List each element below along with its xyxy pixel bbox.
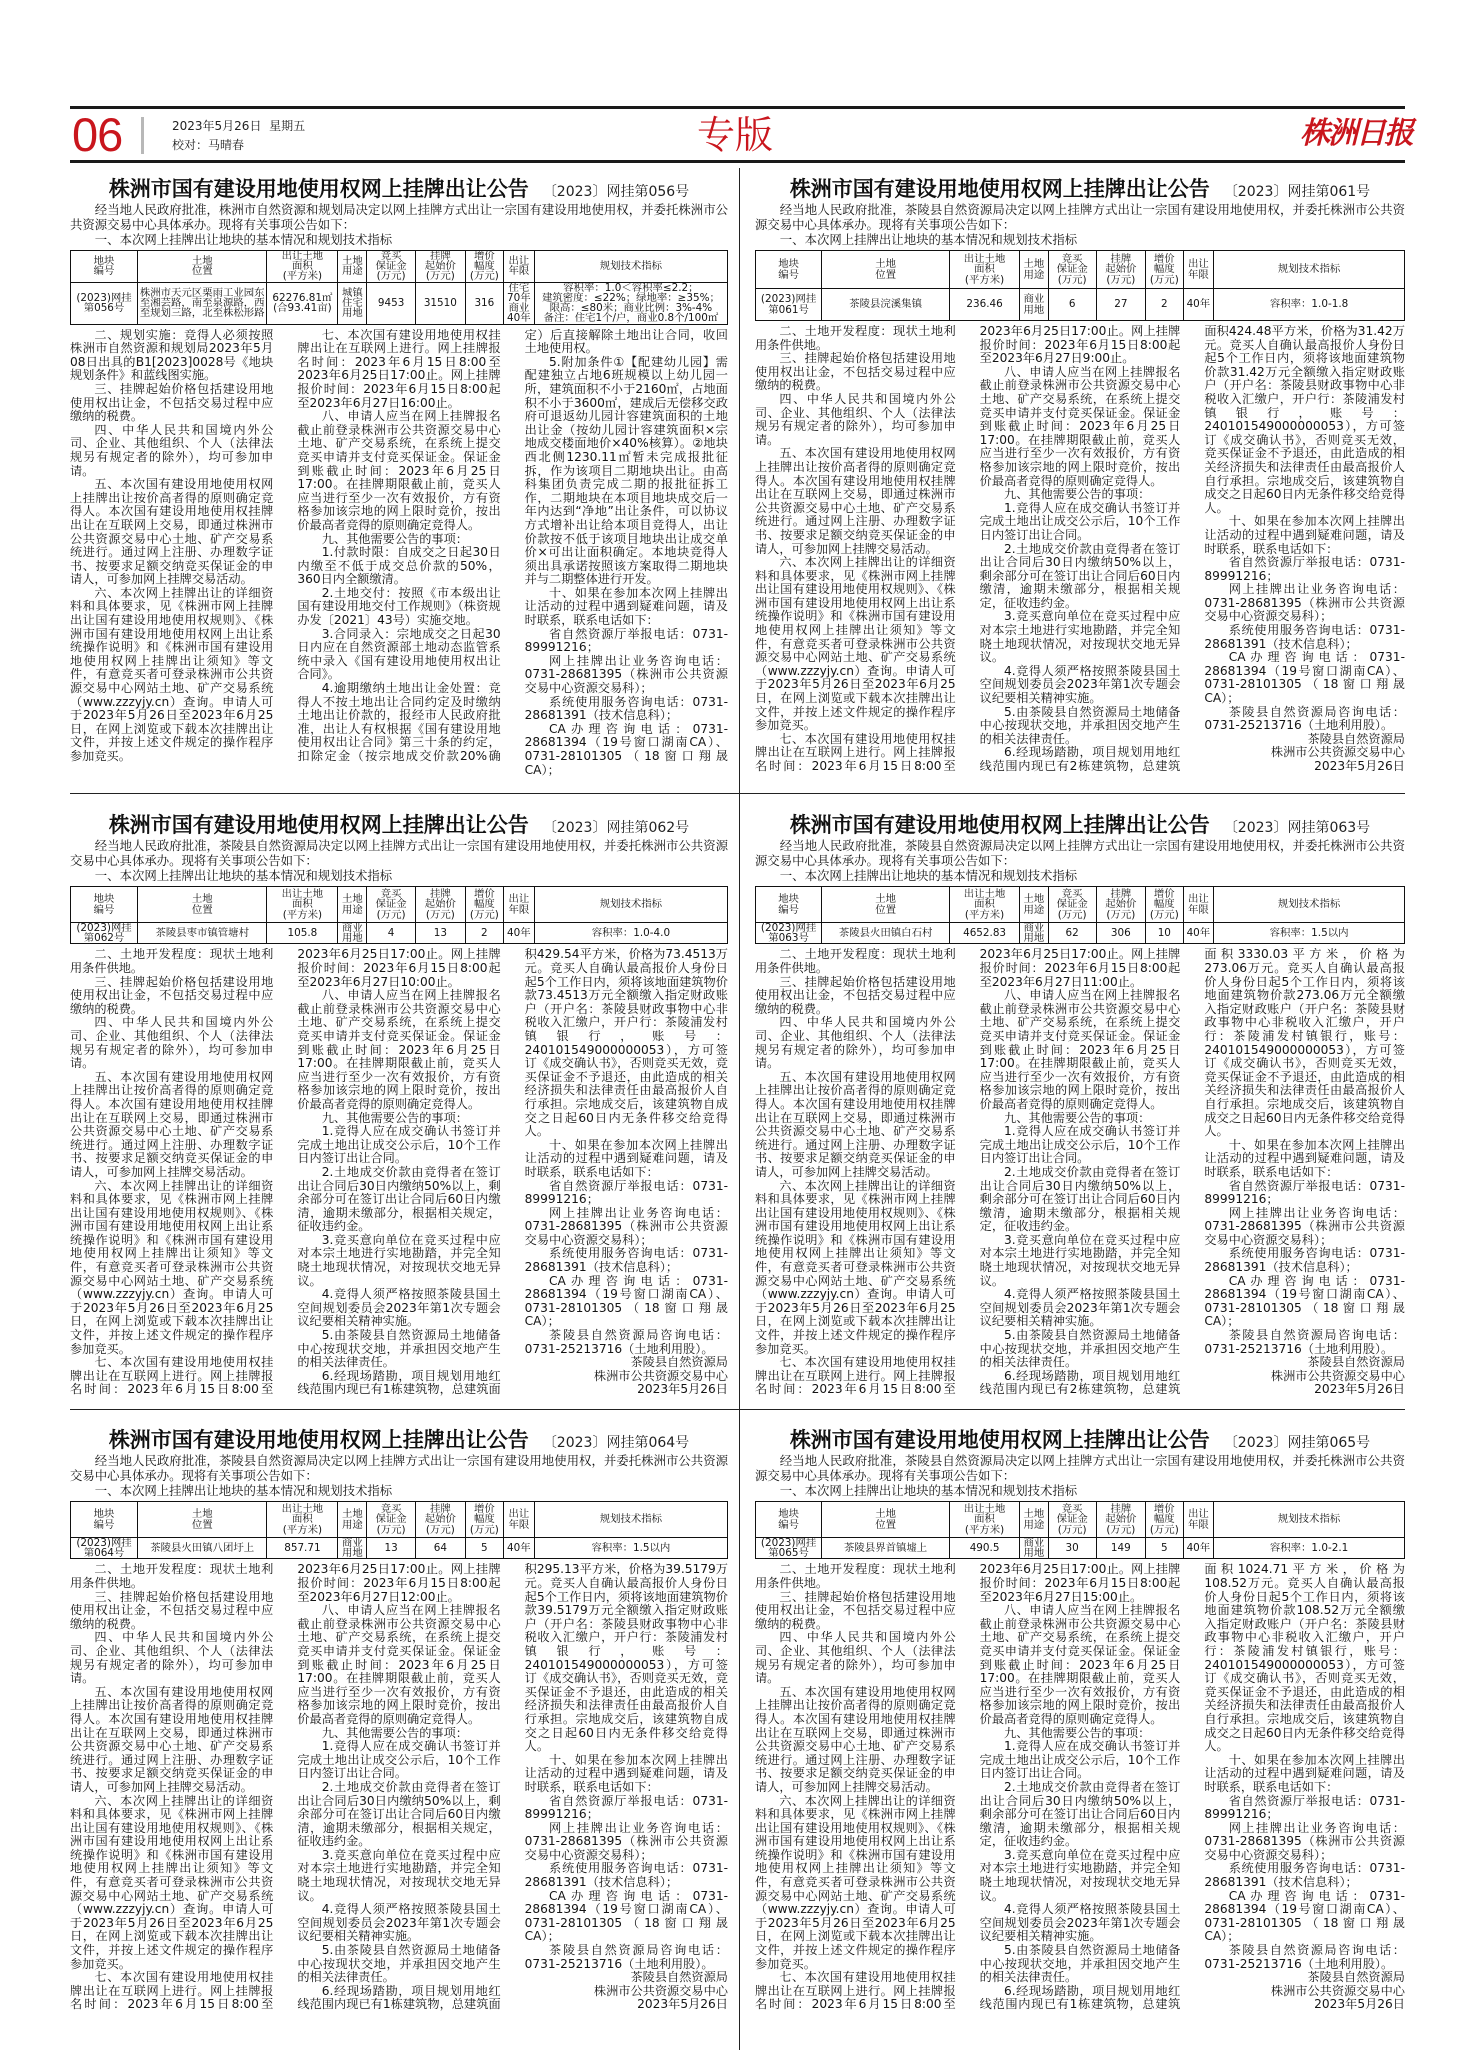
section-heading: 一、本次网上挂牌出让地块的基本情况和规划技术指标 (755, 232, 1405, 247)
body-paragraph: 四、中华人民共和国境内外公司、企业、其他组织、个人（法律法规另有规定者的除外），… (70, 1016, 273, 1070)
table-cell: (2023)网挂 第062号 (71, 923, 138, 944)
column-header: 出让 年限 (1183, 887, 1214, 923)
body-paragraph: 五、本次国有建设用地使用权网上挂牌出让按价高者得的原则确定竞得人。本次国有建设用… (755, 1686, 956, 1795)
table-cell: 490.5 (950, 1538, 1020, 1559)
table-cell: 城镇 住宅 用地 (338, 282, 367, 324)
body-paragraph: 3.竞买意向单位在竞买过程中应对本宗土地进行实地勘踏，并完全知晓土地现状情况，对… (297, 1234, 500, 1288)
section-heading: 一、本次网上挂牌出让地块的基本情况和规划技术指标 (70, 868, 728, 883)
table-cell: 62276.81㎡ (合93.41亩) (267, 282, 338, 324)
notice-number: 〔2023〕网挂第063号 (1224, 820, 1370, 836)
table-header-row: 地块 编号土地 位置出让土地 面积 (平方米)土地 用途竞买 保证金 (万元)挂… (756, 251, 1405, 289)
notice-title-row: 株洲市国有建设用地使用权网上挂牌出让公告〔2023〕网挂第062号 (70, 812, 728, 838)
body-paragraph: 八、申请人应当在网上挂牌报名截止前登录株洲市公共资源交易中心土地、矿产交易系统，… (297, 410, 500, 532)
column-header: 地块 编号 (756, 251, 822, 289)
page-number: 06 (72, 111, 122, 159)
signature-line: 2023年5月26日 (1204, 760, 1405, 774)
signature-line: 2023年5月26日 (525, 1998, 728, 2012)
body-paragraph: 1.竞得人应在成交确认书签订并完成土地出让成交公示后，10个工作日内签订出让合同… (980, 502, 1181, 543)
body-paragraph: 十、如果在参加本次网上挂牌出让活动的过程中遇到疑难问题，请及时联系，联系电话如下… (525, 1139, 728, 1180)
column-header: 竞买 保证金 (万元) (367, 887, 416, 923)
land-parcel-table: 地块 编号土地 位置出让土地 面积 (平方米)土地 用途竞买 保证金 (万元)挂… (755, 1501, 1405, 1559)
body-paragraph: CA办理咨询电话：0731-28681394（19号窗口湖南CA）、0731-2… (1204, 1275, 1405, 1329)
column-header: 地块 编号 (71, 251, 138, 283)
body-paragraph: 三、挂牌起始价格包括建设用地使用权出让金，不包括交易过程中应缴纳的税费。 (70, 1591, 273, 1632)
table-row: (2023)网挂 第062号茶陵县枣市镇管塘村105.8商业 用地413240年… (71, 923, 728, 944)
body-paragraph: 4.竞得人须严格按照茶陵县国土空间规划委员会2023年第1次专题会议纪要相关精神… (297, 1903, 500, 1944)
body-paragraph: 系统使用服务咨询电话：0731-28681391（技术信息科）； (1204, 624, 1405, 651)
notice-title-row: 株洲市国有建设用地使用权网上挂牌出让公告〔2023〕网挂第064号 (70, 1427, 728, 1453)
column-header: 增价 幅度 (万元) (465, 1502, 503, 1538)
table-cell: 容积率：1.0-4.0 (534, 923, 727, 944)
body-paragraph: 五、本次国有建设用地使用权网上挂牌出让按价高者得的原则确定竞得人。本次国有建设用… (755, 1071, 956, 1180)
body-paragraph: 八、申请人应当在网上挂牌报名截止前登录株洲市公共资源交易中心土地、矿产交易系统，… (297, 989, 500, 1111)
body-paragraph: 4.竞得人须严格按照茶陵县国土空间规划委员会2023年第1次专题会议纪要相关精神… (980, 665, 1181, 706)
notice-intro: 经当地人民政府批准，茶陵县自然资源局决定以网上挂牌方式出让一宗国有建设用地使用权… (755, 1453, 1405, 1483)
table-cell: 13 (415, 923, 465, 944)
table-cell: 40年 (1183, 289, 1214, 321)
body-paragraph: 5.附加条件①【配建幼儿园】需配建独立占地6班规模以上幼儿园一所，建筑面积不小于… (525, 356, 728, 587)
body-paragraph: 4.竞得人须严格按照茶陵县国土空间规划委员会2023年第1次专题会议纪要相关精神… (980, 1288, 1181, 1329)
table-cell: 容积率：1.5以内 (1214, 923, 1405, 944)
column-header: 土地 位置 (822, 251, 950, 289)
body-paragraph: CA办理咨询电话：0731-28681394（19号窗口湖南CA）、0731-2… (525, 1890, 728, 1944)
notice-056: 株洲市国有建设用地使用权网上挂牌出让公告〔2023〕网挂第056号经当地人民政府… (70, 176, 728, 783)
table-cell: 236.46 (950, 289, 1020, 321)
body-paragraph: 六、本次网上挂牌出让的详细资料和具体要求，见《株洲市网上挂牌出让国有建设用地使用… (70, 1180, 273, 1357)
body-paragraph: 2.土地成交价款由竞得者在签订出让合同后30日内缴纳50%以上，剩余部分可在签订… (297, 1781, 500, 1849)
table-cell: 茶陵县浣溪集镇 (822, 289, 950, 321)
column-header: 土地 用途 (1020, 887, 1049, 923)
column-header: 竞买 保证金 (万元) (1048, 887, 1096, 923)
table-cell: 商业 用地 (1020, 1538, 1049, 1559)
signature-line: 茶陵县自然资源局 (1204, 1356, 1405, 1370)
body-paragraph: 5.由茶陵县自然资源局土地储备中心按现状交地，并承担因交地产生的相关法律责任。 (980, 1944, 1181, 1985)
body-paragraph: 系统使用服务咨询电话：0731-28681391（技术信息科）； (1204, 1247, 1405, 1274)
body-paragraph: 三、挂牌起始价格包括建设用地使用权出让金，不包括交易过程中应缴纳的税费。 (755, 1591, 956, 1632)
body-paragraph: 八、申请人应当在网上挂牌报名截止前登录株洲市公共资源交易中心土地、矿产交易系统，… (297, 1604, 500, 1726)
body-paragraph: 1.付款时限：自成交之日起30日内缴至不低于成交总价款的50%，360日内全额缴… (297, 546, 500, 587)
body-paragraph: 十、如果在参加本次网上挂牌出让活动的过程中遇到疑难问题，请及时联系，联系电话如下… (1204, 515, 1405, 556)
column-header: 出让土地 面积 (平方米) (950, 1502, 1020, 1538)
column-header: 竞买 保证金 (万元) (367, 1502, 416, 1538)
table-cell: 10 (1145, 923, 1183, 944)
column-header: 出让土地 面积 (平方米) (950, 251, 1020, 289)
column-header: 竞买 保证金 (万元) (367, 251, 416, 283)
body-paragraph: 5.由茶陵县自然资源局土地储备中心按现状交地，并承担因交地产生的相关法律责任。 (297, 1329, 500, 1370)
body-paragraph: 省自然资源厅举报电话：0731-89991216； (525, 1795, 728, 1822)
column-header: 增价 幅度 (万元) (1145, 251, 1183, 289)
body-paragraph: 四、中华人民共和国境内外公司、企业、其他组织、个人（法律法规另有规定者的除外），… (755, 1631, 956, 1685)
table-cell: 13 (367, 1538, 416, 1559)
body-paragraph: 2.土地成交价款由竞得者在签订出让合同后30日内缴纳50%以上，剩余部分可在签订… (980, 1781, 1181, 1849)
body-paragraph: 五、本次国有建设用地使用权网上挂牌出让按价高者得的原则确定竞得人。本次国有建设用… (70, 1071, 273, 1180)
column-header: 规划技术指标 (534, 1502, 727, 1538)
notice-title: 株洲市国有建设用地使用权网上挂牌出让公告 (790, 177, 1210, 201)
column-header: 挂牌 起始价 (万元) (1096, 251, 1145, 289)
body-paragraph: 四、中华人民共和国境内外公司、企业、其他组织、个人（法律法规另有规定者的除外），… (755, 393, 956, 447)
signature-line: 株洲市公共资源交易中心 (1204, 746, 1405, 760)
body-paragraph: CA办理咨询电话：0731-28681394（19号窗口湖南CA）、0731-2… (1204, 651, 1405, 705)
body-paragraph: 三、挂牌起始价格包括建设用地使用权出让金，不包括交易过程中应缴纳的税费。 (755, 352, 956, 393)
table-row: (2023)网挂 第064号茶陵县火田镇八团圩上857.71商业 用地13645… (71, 1538, 728, 1559)
notice-title: 株洲市国有建设用地使用权网上挂牌出让公告 (109, 177, 529, 201)
issue-date: 2023年5月26日 星期五 (172, 117, 305, 136)
notice-body: 二、规划实施：竞得人必须按照株洲市自然资源和规划局2023年5月08日出具的B1… (70, 329, 728, 783)
column-header: 规划技术指标 (1214, 251, 1405, 289)
body-paragraph: 十、如果在参加本次网上挂牌出让活动的过程中遇到疑难问题，请及时联系，联系电话如下… (525, 1754, 728, 1795)
table-cell: 住宅 70年 商业 40年 (503, 282, 534, 324)
column-header: 出让土地 面积 (平方米) (950, 887, 1020, 923)
body-paragraph: 六、本次网上挂牌出让的详细资料和具体要求，见《株洲市网上挂牌出让国有建设用地使用… (755, 556, 956, 733)
column-header: 增价 幅度 (万元) (1145, 887, 1183, 923)
table-cell: 5 (1145, 1538, 1183, 1559)
column-header: 规划技术指标 (534, 251, 727, 283)
signature-line: 茶陵县自然资源局 (525, 1356, 728, 1370)
body-paragraph: 网上挂牌出让业务咨询电话：0731-28681395（株洲市公共资源交易中心资源… (1204, 1207, 1405, 1248)
body-paragraph: 九、其他需要公告的事项： (980, 488, 1181, 502)
table-cell: 64 (415, 1538, 465, 1559)
body-paragraph: 六、本次网上挂牌出让的详细资料和具体要求，见《株洲市网上挂牌出让国有建设用地使用… (70, 1795, 273, 1972)
newspaper-masthead-logo: 株洲日报 (1300, 114, 1412, 154)
body-paragraph: 八、申请人应当在网上挂牌报名截止前登录株洲市公共资源交易中心土地、矿产交易系统，… (980, 1604, 1181, 1726)
signature-line: 2023年5月26日 (1204, 1998, 1405, 2012)
notice-title: 株洲市国有建设用地使用权网上挂牌出让公告 (109, 1428, 529, 1452)
table-row: (2023)网挂 第061号茶陵县浣溪集镇236.46商业 用地627240年容… (756, 289, 1405, 321)
notice-number: 〔2023〕网挂第062号 (543, 820, 689, 836)
table-header-row: 地块 编号土地 位置出让土地 面积 (平方米)土地 用途竞买 保证金 (万元)挂… (71, 887, 728, 923)
body-paragraph: 省自然资源厅举报电话：0731-89991216； (1204, 556, 1405, 583)
header-divider (141, 117, 144, 154)
section-title: 专版 (697, 112, 773, 158)
notice-intro: 经当地人民政府批准，茶陵县自然资源局决定以网上挂牌方式出让一宗国有建设用地使用权… (70, 838, 728, 868)
table-cell: 2 (465, 923, 503, 944)
body-paragraph: 省自然资源厅举报电话：0731-89991216； (1204, 1180, 1405, 1207)
body-paragraph: 茶陵县自然资源局咨询电话：0731-25213716（土地利用股）。 (1204, 1944, 1405, 1971)
signature-line: 茶陵县自然资源局 (525, 1971, 728, 1985)
table-cell: 容积率：1.0-1.8 (1214, 289, 1405, 321)
body-paragraph: 省自然资源厅举报电话：0731-89991216； (525, 1180, 728, 1207)
body-paragraph: 二、土地开发程度：现状土地利用条件供地。 (755, 948, 956, 975)
table-cell: 2 (1145, 289, 1183, 321)
signature-line: 茶陵县自然资源局 (1204, 1971, 1405, 1985)
table-cell: 茶陵县枣市镇管塘村 (138, 923, 267, 944)
notice-number: 〔2023〕网挂第065号 (1224, 1435, 1370, 1451)
column-divider (739, 168, 740, 2050)
body-paragraph: 茶陵县自然资源局咨询电话：0731-25213716（土地利用股）。 (525, 1944, 728, 1971)
column-header: 土地 用途 (1020, 251, 1049, 289)
column-header: 增价 幅度 (万元) (465, 887, 503, 923)
column-header: 土地 位置 (138, 1502, 267, 1538)
column-header: 挂牌 起始价 (万元) (1096, 887, 1145, 923)
table-cell: 容积率：1.0＜容积率≤2.2； 建筑密度：≤22%；绿地率：≥35%； 限高：… (534, 282, 727, 324)
table-cell: 31510 (415, 282, 465, 324)
notice-title: 株洲市国有建设用地使用权网上挂牌出让公告 (790, 1428, 1210, 1452)
body-paragraph: 2.土地成交价款由竞得者在签订出让合同后30日内缴纳50%以上，剩余部分可在签订… (980, 1166, 1181, 1234)
body-paragraph: 系统使用服务咨询电话：0731-28681391（技术信息科）； (1204, 1862, 1405, 1889)
column-header: 挂牌 起始价 (万元) (1096, 1502, 1145, 1538)
section-heading: 一、本次网上挂牌出让地块的基本情况和规划技术指标 (755, 1483, 1405, 1498)
column-header: 出让 年限 (1183, 1502, 1214, 1538)
table-cell: 4 (367, 923, 416, 944)
table-cell: 105.8 (267, 923, 338, 944)
notice-063: 株洲市国有建设用地使用权网上挂牌出让公告〔2023〕网挂第063号经当地人民政府… (755, 812, 1405, 1400)
body-paragraph: 2.土地成交价款由竞得者在签订出让合同后30日内缴纳50%以上，剩余部分可在签订… (980, 543, 1181, 611)
column-header: 土地 位置 (822, 887, 950, 923)
column-header: 规划技术指标 (1214, 1502, 1405, 1538)
proofreader: 校对：马晴春 (172, 136, 305, 155)
table-cell: 306 (1096, 923, 1145, 944)
body-paragraph: 茶陵县自然资源局咨询电话：0731-25213716（土地利用股）。 (1204, 1329, 1405, 1356)
column-header: 出让土地 面积 (平方米) (267, 887, 338, 923)
table-cell: 商业 用地 (1020, 923, 1049, 944)
notice-061: 株洲市国有建设用地使用权网上挂牌出让公告〔2023〕网挂第061号经当地人民政府… (755, 176, 1405, 781)
body-paragraph: 三、挂牌起始价格包括建设用地使用权出让金，不包括交易过程中应缴纳的税费。 (70, 976, 273, 1017)
notice-title: 株洲市国有建设用地使用权网上挂牌出让公告 (109, 813, 529, 837)
notice-body: 二、土地开发程度：现状土地利用条件供地。三、挂牌起始价格包括建设用地使用权出让金… (70, 948, 728, 1400)
body-paragraph: 2.土地交付：按照《市本级出让国有建设用地交付工作规则》（株资规办发〔2021〕… (297, 587, 500, 628)
table-cell: 5 (465, 1538, 503, 1559)
body-paragraph: 二、土地开发程度：现状土地利用条件供地。 (70, 948, 273, 975)
table-cell: 40年 (503, 923, 534, 944)
body-paragraph: 七、本次国有建设用地使用权挂牌出让在互联网上进行。网上挂牌报名时间：2023年6… (297, 329, 500, 411)
column-header: 土地 位置 (138, 251, 267, 283)
body-paragraph: 3.合同录入：宗地成交之日起30日内应在自然资源部土地动态监管系统中录入《国有建… (297, 628, 500, 682)
body-paragraph: 五、本次国有建设用地使用权网上挂牌出让按价高者得的原则确定竞得人。本次国有建设用… (70, 1686, 273, 1795)
table-cell: 27 (1096, 289, 1145, 321)
notice-number: 〔2023〕网挂第056号 (543, 184, 689, 200)
table-header-row: 地块 编号土地 位置出让土地 面积 (平方米)土地 用途竞买 保证金 (万元)挂… (756, 1502, 1405, 1538)
column-header: 出让 年限 (503, 887, 534, 923)
column-header: 挂牌 起始价 (万元) (415, 887, 465, 923)
body-paragraph: 系统使用服务咨询电话：0731-28681391（技术信息科）； (525, 696, 728, 723)
body-paragraph: CA办理咨询电话：0731-28681394（19号窗口湖南CA）、0731-2… (525, 723, 728, 777)
column-header: 增价 幅度 (万元) (465, 251, 503, 283)
table-cell: 149 (1096, 1538, 1145, 1559)
table-cell: (2023)网挂 第061号 (756, 289, 822, 321)
table-cell: 4652.83 (950, 923, 1020, 944)
header-top-rule (70, 106, 1405, 109)
body-paragraph: 二、土地开发程度：现状土地利用条件供地。 (755, 325, 956, 352)
column-header: 挂牌 起始价 (万元) (415, 1502, 465, 1538)
table-row: (2023)网挂 第063号茶陵县火田镇白石村4652.83商业 用地62306… (756, 923, 1405, 944)
column-header: 地块 编号 (756, 887, 822, 923)
table-cell: 商业 用地 (1020, 289, 1049, 321)
body-paragraph: CA办理咨询电话：0731-28681394（19号窗口湖南CA）、0731-2… (525, 1275, 728, 1329)
row-divider-1 (70, 793, 1405, 794)
body-paragraph: 4.竞得人须严格按照茶陵县国土空间规划委员会2023年第1次专题会议纪要相关精神… (980, 1903, 1181, 1944)
land-parcel-table: 地块 编号土地 位置出让土地 面积 (平方米)土地 用途竞买 保证金 (万元)挂… (70, 250, 728, 325)
notice-number: 〔2023〕网挂第061号 (1224, 184, 1370, 200)
body-paragraph: 茶陵县自然资源局咨询电话：0731-25213716（土地利用股）。 (1204, 706, 1405, 733)
table-cell: 商业 用地 (338, 1538, 367, 1559)
column-header: 地块 编号 (756, 1502, 822, 1538)
notice-intro: 经当地人民政府批准，茶陵县自然资源局决定以网上挂牌方式出让一宗国有建设用地使用权… (755, 838, 1405, 868)
notice-number: 〔2023〕网挂第064号 (543, 1435, 689, 1451)
table-row: (2023)网挂 第056号株洲市天元区栗雨工业园东至湘芸路，南至泉源路，西至规… (71, 282, 728, 324)
notice-body: 二、土地开发程度：现状土地利用条件供地。三、挂牌起始价格包括建设用地使用权出让金… (755, 325, 1405, 781)
column-header: 地块 编号 (71, 887, 138, 923)
body-paragraph: 网上挂牌出让业务咨询电话：0731-28681395（株洲市公共资源交易中心资源… (525, 1822, 728, 1863)
table-cell: 9453 (367, 282, 416, 324)
column-header: 规划技术指标 (534, 887, 727, 923)
notice-body: 二、土地开发程度：现状土地利用条件供地。三、挂牌起始价格包括建设用地使用权出让金… (755, 1563, 1405, 2045)
table-header-row: 地块 编号土地 位置出让土地 面积 (平方米)土地 用途竞买 保证金 (万元)挂… (756, 887, 1405, 923)
column-header: 出让 年限 (503, 251, 534, 283)
notice-intro: 经当地人民政府批准，茶陵县自然资源局决定以网上挂牌方式出让一宗国有建设用地使用权… (70, 1453, 728, 1483)
header-info: 2023年5月26日 星期五 校对：马晴春 (172, 117, 305, 155)
body-paragraph: 四、中华人民共和国境内外公司、企业、其他组织、个人（法律法规另有规定者的除外），… (70, 424, 273, 478)
body-paragraph: 3.竞买意向单位在竞买过程中应对本宗土地进行实地勘踏，并完全知晓土地现状情况，对… (980, 1234, 1181, 1288)
body-paragraph: 十、如果在参加本次网上挂牌出让活动的过程中遇到疑难问题，请及时联系，联系电话如下… (1204, 1139, 1405, 1180)
body-paragraph: 八、申请人应当在网上挂牌报名截止前登录株洲市公共资源交易中心土地、矿产交易系统，… (980, 989, 1181, 1111)
column-header: 出让 年限 (503, 1502, 534, 1538)
column-header: 增价 幅度 (万元) (1145, 1502, 1183, 1538)
body-paragraph: 3.竞买意向单位在竞买过程中应对本宗土地进行实地勘踏，并完全知晓土地现状情况，对… (297, 1849, 500, 1903)
body-paragraph: 四、中华人民共和国境内外公司、企业、其他组织、个人（法律法规另有规定者的除外），… (70, 1631, 273, 1685)
body-paragraph: 1.竞得人应在成交确认书签订并完成土地出让成交公示后，10个工作日内签订出让合同… (980, 1125, 1181, 1166)
body-paragraph: 二、土地开发程度：现状土地利用条件供地。 (70, 1563, 273, 1590)
section-heading: 一、本次网上挂牌出让地块的基本情况和规划技术指标 (755, 868, 1405, 883)
land-parcel-table: 地块 编号土地 位置出让土地 面积 (平方米)土地 用途竞买 保证金 (万元)挂… (755, 250, 1405, 321)
notice-title-row: 株洲市国有建设用地使用权网上挂牌出让公告〔2023〕网挂第061号 (755, 176, 1405, 202)
column-header: 土地 用途 (338, 887, 367, 923)
body-paragraph: 4.竞得人须严格按照茶陵县国土空间规划委员会2023年第1次专题会议纪要相关精神… (297, 1288, 500, 1329)
body-paragraph: CA办理咨询电话：0731-28681394（19号窗口湖南CA）、0731-2… (1204, 1890, 1405, 1944)
table-cell: 茶陵县界首镇墟上 (822, 1538, 950, 1559)
body-paragraph: 2.土地成交价款由竞得者在签订出让合同后30日内缴纳50%以上，剩余部分可在签订… (297, 1166, 500, 1234)
table-cell: 6 (1048, 289, 1096, 321)
body-paragraph: 5.由茶陵县自然资源局土地储备中心按现状交地，并承担因交地产生的相关法律责任。 (980, 706, 1181, 747)
body-paragraph: 3.竞买意向单位在竞买过程中应对本宗土地进行实地勘踏，并完全知晓土地现状情况，对… (980, 1849, 1181, 1903)
notice-title: 株洲市国有建设用地使用权网上挂牌出让公告 (790, 813, 1210, 837)
column-header: 挂牌 起始价 (万元) (415, 251, 465, 283)
body-paragraph: 十、如果在参加本次网上挂牌出让活动的过程中遇到疑难问题，请及时联系，联系电话如下… (525, 587, 728, 628)
table-cell: 茶陵县火田镇白石村 (822, 923, 950, 944)
body-paragraph: 五、本次国有建设用地使用权网上挂牌出让按价高者得的原则确定竞得人。本次国有建设用… (755, 447, 956, 556)
notice-064: 株洲市国有建设用地使用权网上挂牌出让公告〔2023〕网挂第064号经当地人民政府… (70, 1427, 728, 2045)
body-paragraph: 二、规划实施：竞得人必须按照株洲市自然资源和规划局2023年5月08日出具的B1… (70, 329, 273, 383)
land-parcel-table: 地块 编号土地 位置出让土地 面积 (平方米)土地 用途竞买 保证金 (万元)挂… (70, 886, 728, 944)
body-paragraph: 网上挂牌出让业务咨询电话：0731-28681395（株洲市公共资源交易中心资源… (1204, 1822, 1405, 1863)
header-bottom-rule (70, 160, 1405, 163)
body-paragraph: 系统使用服务咨询电话：0731-28681391（技术信息科）； (525, 1247, 728, 1274)
body-paragraph: 1.竞得人应在成交确认书签订并完成土地出让成交公示后，10个工作日内签订出让合同… (297, 1125, 500, 1166)
column-header: 土地 用途 (338, 1502, 367, 1538)
body-paragraph: 三、挂牌起始价格包括建设用地使用权出让金，不包括交易过程中应缴纳的税费。 (70, 383, 273, 424)
table-cell: 株洲市天元区栗雨工业园东至湘芸路，南至泉源路，西至规划三路，北至株松形路 (138, 282, 267, 324)
table-cell: 容积率：1.5以内 (534, 1538, 727, 1559)
notice-body: 二、土地开发程度：现状土地利用条件供地。三、挂牌起始价格包括建设用地使用权出让金… (755, 948, 1405, 1400)
body-paragraph: 六、本次网上挂牌出让的详细资料和具体要求，见《株洲市网上挂牌出让国有建设用地使用… (755, 1180, 956, 1357)
table-cell: 40年 (503, 1538, 534, 1559)
body-paragraph: 茶陵县自然资源局咨询电话：0731-25213716（土地利用股）。 (525, 1329, 728, 1356)
column-header: 竞买 保证金 (万元) (1048, 1502, 1096, 1538)
table-header-row: 地块 编号土地 位置出让土地 面积 (平方米)土地 用途竞买 保证金 (万元)挂… (71, 251, 728, 283)
body-paragraph: 省自然资源厅举报电话：0731-89991216； (525, 628, 728, 655)
land-parcel-table: 地块 编号土地 位置出让土地 面积 (平方米)土地 用途竞买 保证金 (万元)挂… (755, 886, 1405, 944)
body-paragraph: 网上挂牌出让业务咨询电话：0731-28681395（株洲市公共资源交易中心资源… (525, 655, 728, 696)
row-divider-2 (70, 1409, 1405, 1410)
body-paragraph: 5.由茶陵县自然资源局土地储备中心按现状交地，并承担因交地产生的相关法律责任。 (297, 1944, 500, 1985)
table-cell: (2023)网挂 第064号 (71, 1538, 138, 1559)
land-parcel-table: 地块 编号土地 位置出让土地 面积 (平方米)土地 用途竞买 保证金 (万元)挂… (70, 1501, 728, 1559)
body-paragraph: 省自然资源厅举报电话：0731-89991216； (1204, 1795, 1405, 1822)
column-header: 规划技术指标 (1214, 887, 1405, 923)
notice-title-row: 株洲市国有建设用地使用权网上挂牌出让公告〔2023〕网挂第056号 (70, 176, 728, 202)
table-cell: 62 (1048, 923, 1096, 944)
notice-065: 株洲市国有建设用地使用权网上挂牌出让公告〔2023〕网挂第065号经当地人民政府… (755, 1427, 1405, 2045)
table-cell: 316 (465, 282, 503, 324)
column-header: 地块 编号 (71, 1502, 138, 1538)
body-paragraph: 五、本次国有建设用地使用权网上挂牌出让按价高者得的原则确定竞得人。本次国有建设用… (70, 478, 273, 587)
body-paragraph: 十、如果在参加本次网上挂牌出让活动的过程中遇到疑难问题，请及时联系，联系电话如下… (1204, 1754, 1405, 1795)
table-cell: 30 (1048, 1538, 1096, 1559)
table-cell: 容积率：1.0-2.1 (1214, 1538, 1405, 1559)
column-header: 土地 用途 (338, 251, 367, 283)
body-paragraph: 5.由茶陵县自然资源局土地储备中心按现状交地，并承担因交地产生的相关法律责任。 (980, 1329, 1181, 1370)
notice-title-row: 株洲市国有建设用地使用权网上挂牌出让公告〔2023〕网挂第065号 (755, 1427, 1405, 1453)
body-paragraph: 系统使用服务咨询电话：0731-28681391（技术信息科）； (525, 1862, 728, 1889)
table-cell: (2023)网挂 第056号 (71, 282, 138, 324)
body-paragraph: 1.竞得人应在成交确认书签订并完成土地出让成交公示后，10个工作日内签订出让合同… (980, 1740, 1181, 1781)
table-cell: 857.71 (267, 1538, 338, 1559)
section-heading: 一、本次网上挂牌出让地块的基本情况和规划技术指标 (70, 1483, 728, 1498)
body-paragraph: 二、土地开发程度：现状土地利用条件供地。 (755, 1563, 956, 1590)
table-cell: (2023)网挂 第063号 (756, 923, 822, 944)
body-paragraph: 六、本次网上挂牌出让的详细资料和具体要求，见《株洲市网上挂牌出让国有建设用地使用… (70, 587, 273, 764)
column-header: 土地 位置 (822, 1502, 950, 1538)
table-row: (2023)网挂 第065号茶陵县界首镇墟上490.5商业 用地30149540… (756, 1538, 1405, 1559)
notice-intro: 经当地人民政府批准，株洲市自然资源和规划局决定以网上挂牌方式出让一宗国有建设用地… (70, 202, 728, 232)
column-header: 土地 用途 (1020, 1502, 1049, 1538)
column-header: 竞买 保证金 (万元) (1048, 251, 1096, 289)
table-cell: (2023)网挂 第065号 (756, 1538, 822, 1559)
notice-title-row: 株洲市国有建设用地使用权网上挂牌出让公告〔2023〕网挂第063号 (755, 812, 1405, 838)
column-header: 出让土地 面积 (平方米) (267, 1502, 338, 1538)
table-cell: 茶陵县火田镇八团圩上 (138, 1538, 267, 1559)
column-header: 出让土地 面积 (平方米) (267, 251, 338, 283)
body-paragraph: 1.竞得人应在成交确认书签订并完成土地出让成交公示后，10个工作日内签订出让合同… (297, 1740, 500, 1781)
table-cell: 40年 (1183, 1538, 1214, 1559)
body-paragraph: 3.竞买意向单位在竞买过程中应对本宗土地进行实地勘踏，并完全知晓土地现状情况，对… (980, 610, 1181, 664)
notice-body: 二、土地开发程度：现状土地利用条件供地。三、挂牌起始价格包括建设用地使用权出让金… (70, 1563, 728, 2045)
body-paragraph: 六、本次网上挂牌出让的详细资料和具体要求，见《株洲市网上挂牌出让国有建设用地使用… (755, 1795, 956, 1972)
notice-062: 株洲市国有建设用地使用权网上挂牌出让公告〔2023〕网挂第062号经当地人民政府… (70, 812, 728, 1400)
body-paragraph: 八、申请人应当在网上挂牌报名截止前登录株洲市公共资源交易中心土地、矿产交易系统，… (980, 366, 1181, 488)
body-paragraph: 网上挂牌出让业务咨询电话：0731-28681395（株洲市公共资源交易中心资源… (1204, 583, 1405, 624)
column-header: 土地 位置 (138, 887, 267, 923)
signature-line: 2023年5月26日 (1204, 1383, 1405, 1397)
table-header-row: 地块 编号土地 位置出让土地 面积 (平方米)土地 用途竞买 保证金 (万元)挂… (71, 1502, 728, 1538)
column-header: 出让 年限 (1183, 251, 1214, 289)
notice-intro: 经当地人民政府批准，茶陵县自然资源局决定以网上挂牌方式出让一宗国有建设用地使用权… (755, 202, 1405, 232)
signature-line: 2023年5月26日 (525, 1383, 728, 1397)
section-heading: 一、本次网上挂牌出让地块的基本情况和规划技术指标 (70, 232, 728, 247)
body-paragraph: 三、挂牌起始价格包括建设用地使用权出让金，不包括交易过程中应缴纳的税费。 (755, 976, 956, 1017)
table-cell: 40年 (1183, 923, 1214, 944)
body-paragraph: 四、中华人民共和国境内外公司、企业、其他组织、个人（法律法规另有规定者的除外），… (755, 1016, 956, 1070)
body-paragraph: 网上挂牌出让业务咨询电话：0731-28681395（株洲市公共资源交易中心资源… (525, 1207, 728, 1248)
table-cell: 商业 用地 (338, 923, 367, 944)
